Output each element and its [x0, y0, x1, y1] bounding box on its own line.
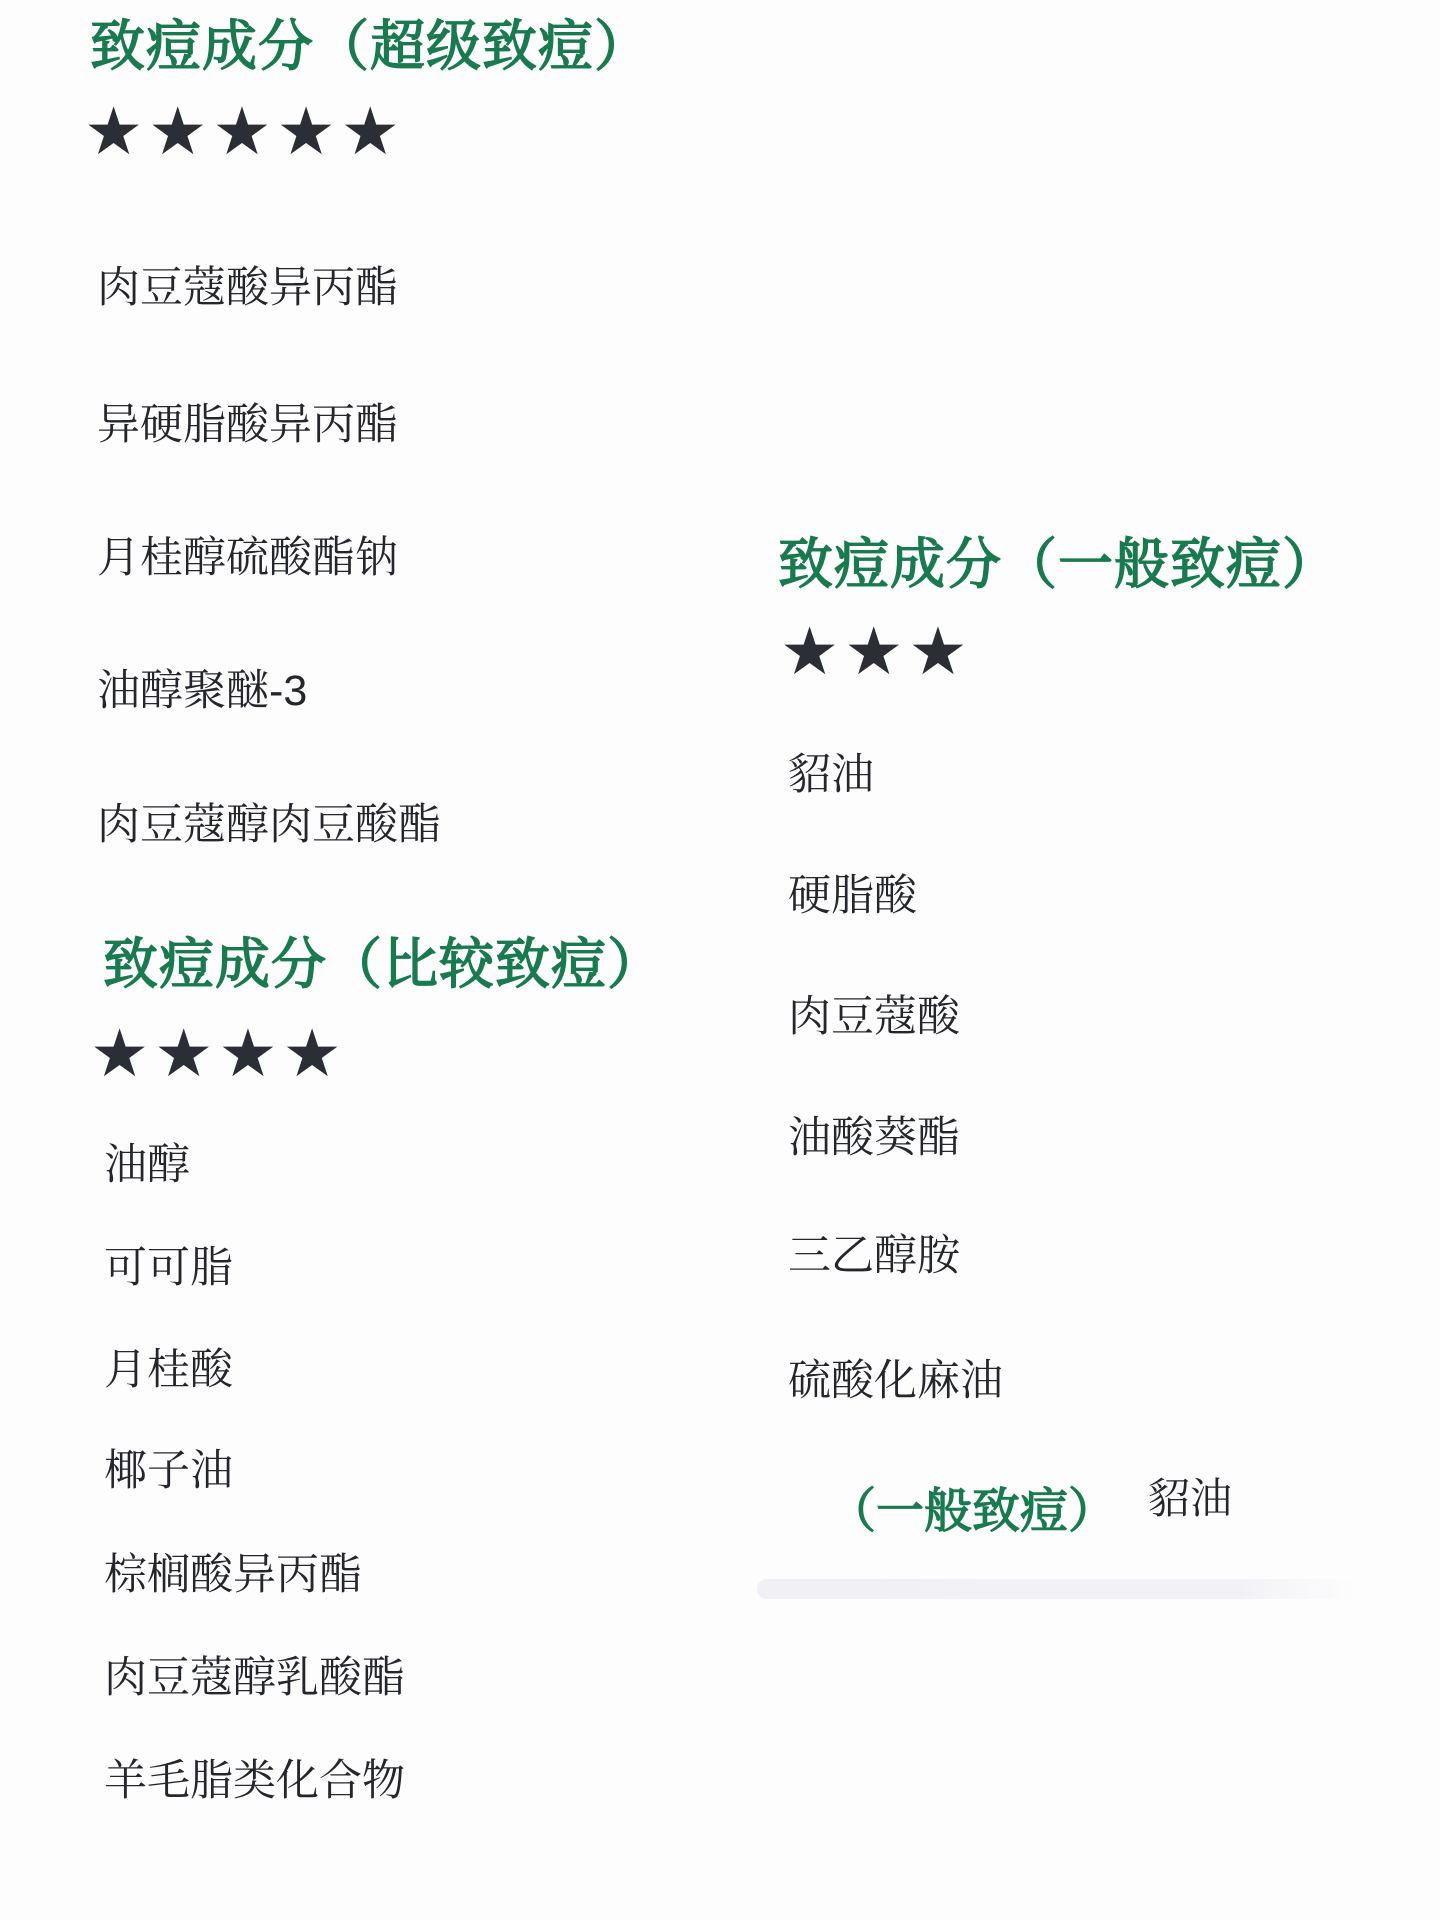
ingredient-item: 肉豆蔻酸异丙酯: [97, 265, 398, 312]
ingredient-item: 硫酸化麻油: [788, 1358, 1003, 1405]
star-rating-4-icon: ★★★★: [90, 1020, 347, 1086]
ingredient-item: 肉豆蔻酸: [788, 994, 960, 1041]
star-rating-3-icon: ★★★: [780, 618, 973, 684]
comedogenic-ingredients-infographic: 致痘成分（超级致痘） ★★★★★ 肉豆蔻酸异丙酯 异硬脂酸异丙酯 月桂醇硫酸酯钠…: [0, 0, 1440, 1920]
ingredient-item: 三乙醇胺: [788, 1233, 960, 1280]
ingredient-item: 椰子油: [104, 1448, 233, 1495]
ingredient-item: 月桂酸: [104, 1347, 233, 1394]
section-title-moderate: 致痘成分（比较致痘）: [103, 934, 663, 995]
section-divider: [757, 1579, 1357, 1599]
footer-ingredient-item: 貂油: [1148, 1476, 1232, 1522]
ingredient-item: 硬脂酸: [788, 873, 917, 920]
ingredient-item: 肉豆蔻醇乳酸酯: [104, 1655, 405, 1702]
ingredient-item: 油酸葵酯: [788, 1115, 960, 1162]
ingredient-item: 羊毛脂类化合物: [104, 1758, 405, 1805]
section-title-general: 致痘成分（一般致痘）: [778, 534, 1338, 595]
ingredient-item: 棕榈酸异丙酯: [104, 1552, 362, 1599]
ingredient-item: 油醇聚醚-3: [97, 668, 307, 715]
ingredient-item: 肉豆蔻醇肉豆酸酯: [97, 802, 441, 849]
ingredient-item: 貂油: [788, 752, 874, 799]
ingredient-item: 月桂醇硫酸酯钠: [97, 535, 398, 582]
ingredient-item: 异硬脂酸异丙酯: [97, 402, 398, 449]
section-title-super: 致痘成分（超级致痘）: [90, 16, 650, 77]
footer-section-label: （一般致痘）: [828, 1486, 1116, 1539]
ingredient-item: 可可脂: [104, 1245, 233, 1292]
star-rating-5-icon: ★★★★★: [84, 98, 405, 164]
ingredient-item: 油醇: [104, 1142, 190, 1189]
